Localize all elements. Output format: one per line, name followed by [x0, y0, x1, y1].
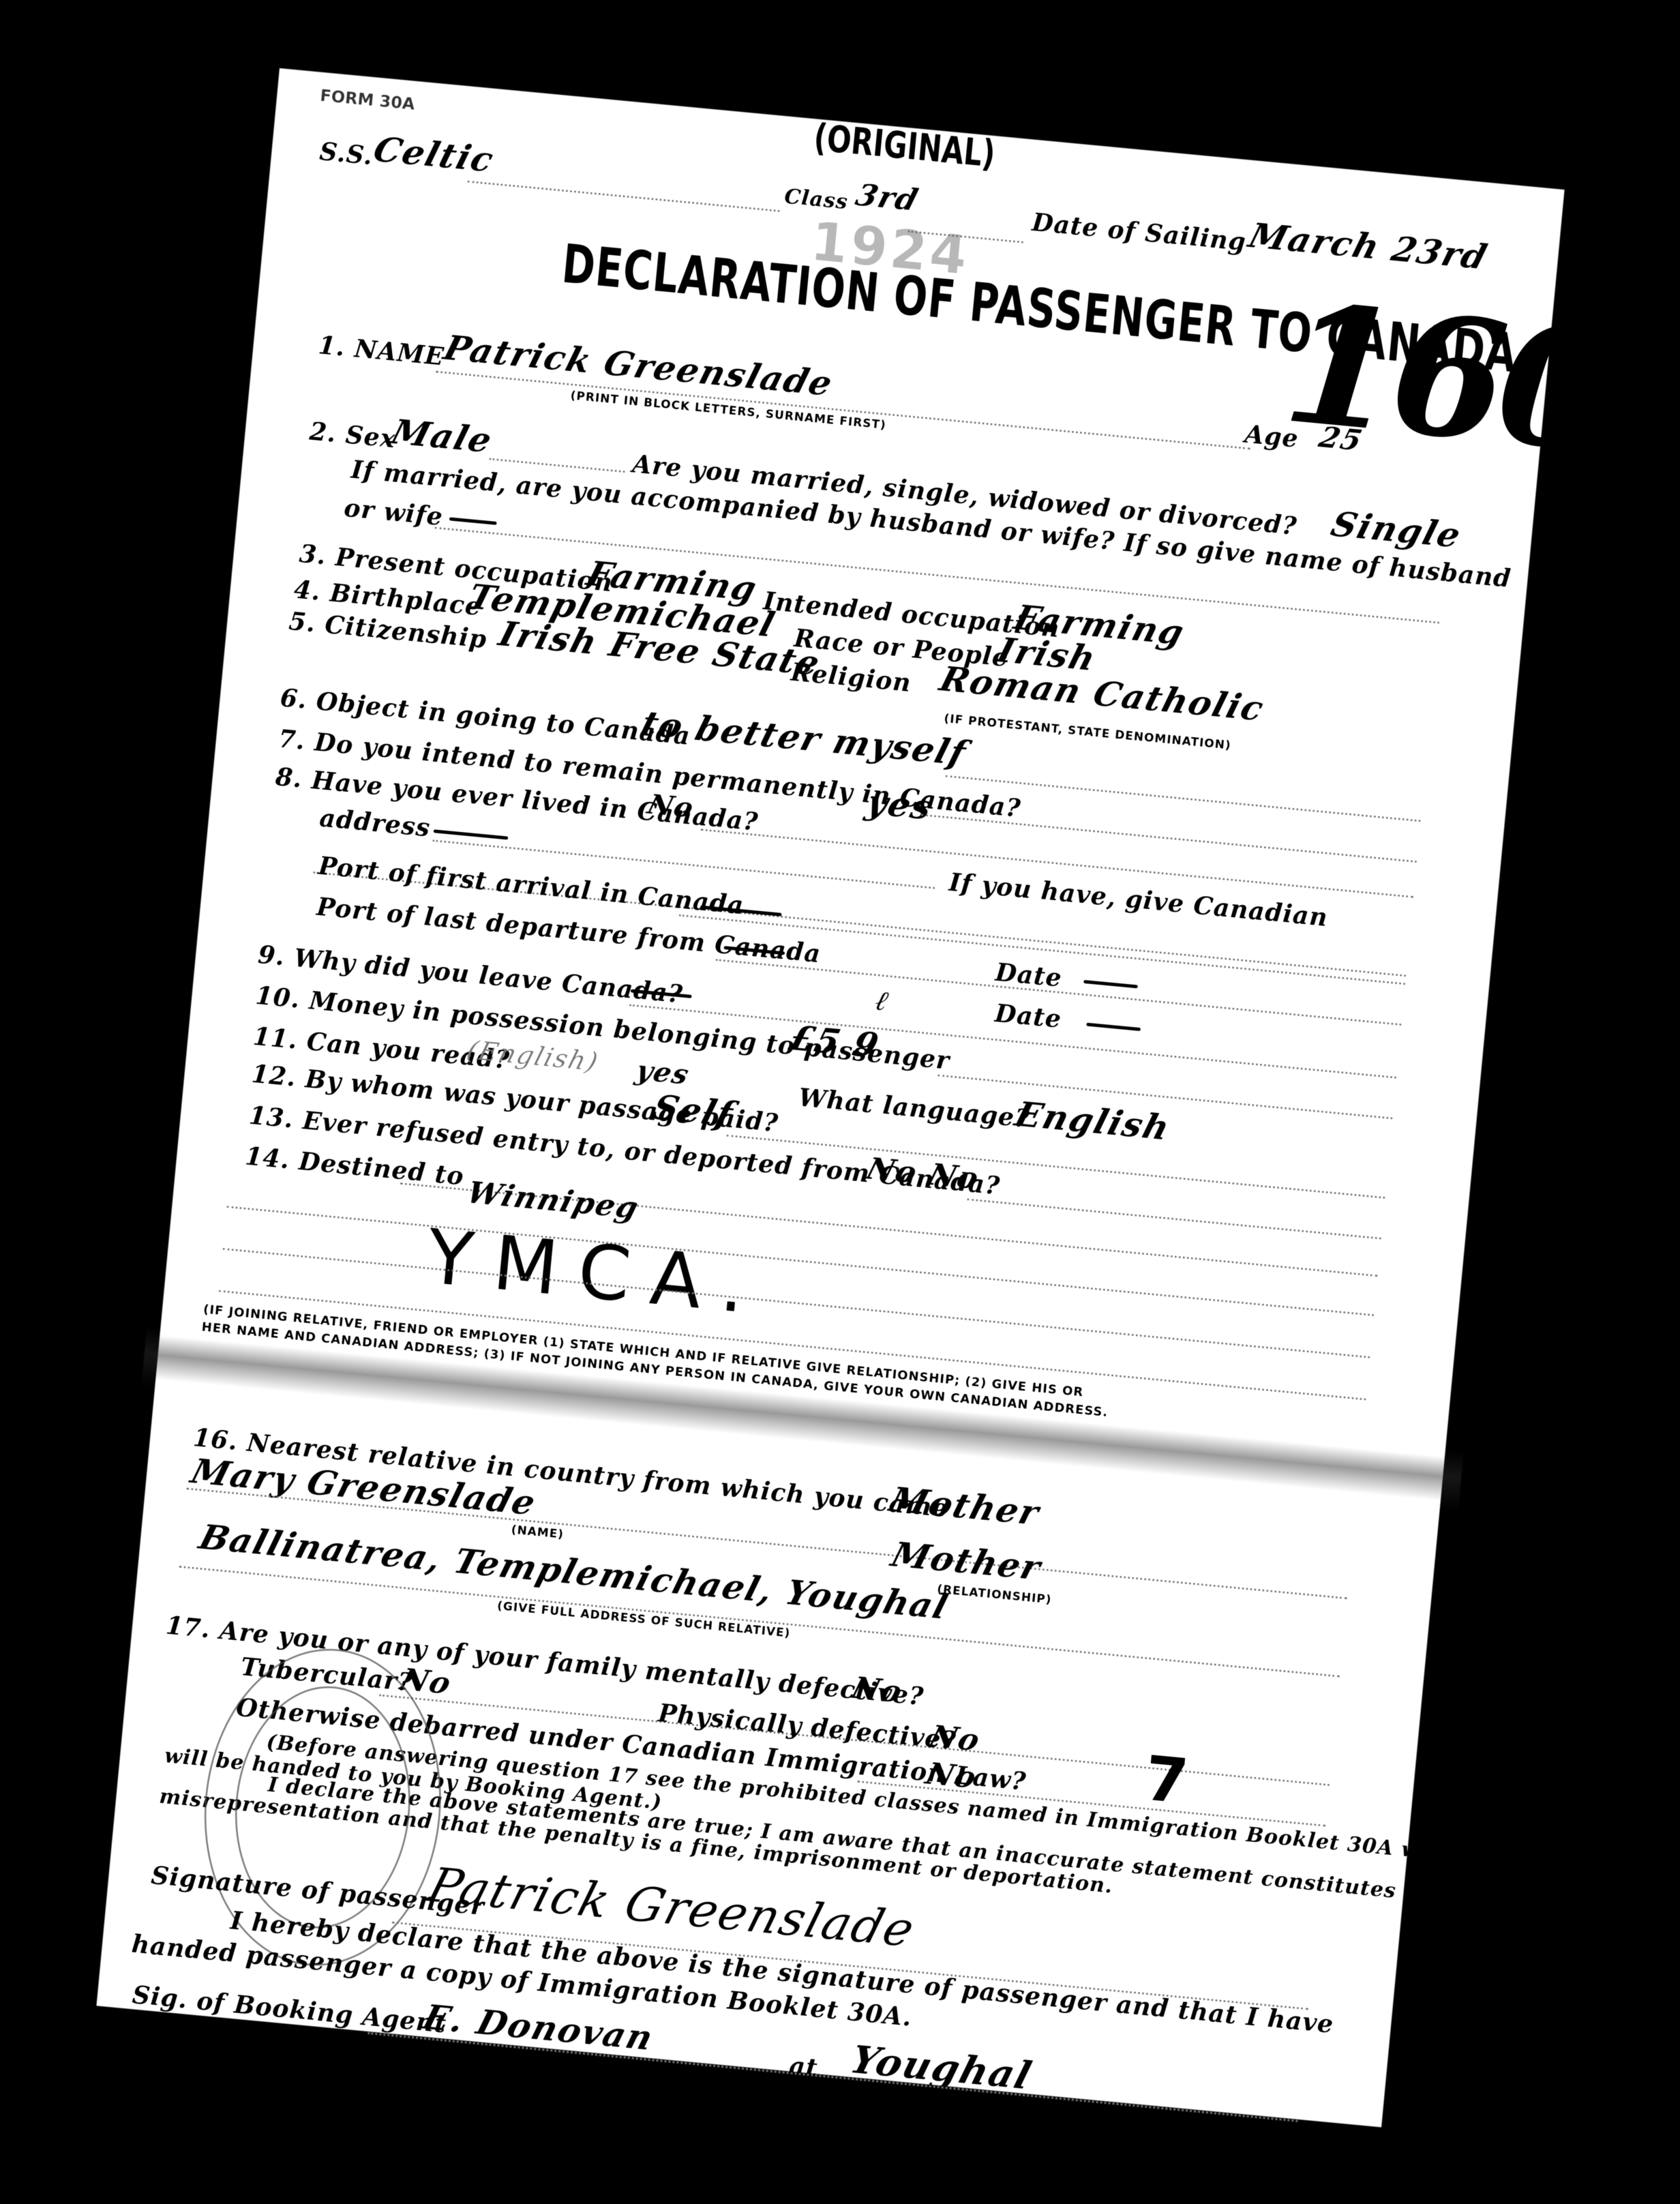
form-number: FORM 30A — [319, 86, 416, 114]
remain-value: yes — [862, 782, 938, 828]
date-of-sailing-label: Date of Sailing — [1031, 208, 1248, 256]
lived-value: No — [644, 788, 699, 824]
class-label: Class — [783, 185, 849, 215]
address-label: address — [318, 804, 432, 843]
religion-label: Religion — [790, 658, 912, 698]
mentally-defective-value: No — [847, 1671, 907, 1710]
q2-label: 2. Sex — [308, 417, 397, 454]
date-label-2: Date — [993, 999, 1063, 1034]
age-value: 25 — [1315, 421, 1366, 458]
refused-dotted-line — [967, 1198, 1381, 1239]
ship-dotted-line — [467, 181, 779, 212]
date-of-sailing-value: March 23rd — [1244, 215, 1492, 278]
passenger-declaration-form: FORM 30A (ORIGINAL) S.S. Celtic Class 3r… — [96, 68, 1564, 2127]
sex-value: Male — [387, 412, 498, 461]
language-label: What language? — [797, 1083, 1031, 1133]
q14-label: 14. Destined to — [244, 1142, 466, 1191]
relative-inline-value: Mother — [886, 1479, 1045, 1532]
q1-label: 1. NAME — [317, 331, 445, 371]
language-value: English — [1011, 1094, 1175, 1148]
file-number: 160 — [1277, 267, 1615, 488]
canadian-address-hint: If you have, give Canadian — [948, 868, 1329, 932]
ditto-mark: ℓ — [872, 985, 894, 1017]
or-wife-value — [449, 517, 497, 525]
remain-dotted-line — [921, 814, 1417, 863]
address-value — [433, 829, 508, 839]
money-value: £5 9 — [785, 1017, 884, 1065]
agent-location-value: Youghal — [845, 2038, 1037, 2099]
stamp-number: 7 — [1142, 1743, 1191, 1818]
age-label: Age — [1244, 420, 1300, 453]
at-label: at — [788, 2051, 820, 2083]
date-value-1 — [1083, 980, 1138, 989]
copy-label: (ORIGINAL) — [812, 115, 997, 176]
class-value: 3rd — [852, 178, 922, 218]
read-value: yes — [633, 1054, 694, 1090]
name-value: Patrick Greenslade — [440, 327, 838, 403]
date-value-2 — [1086, 1023, 1141, 1032]
ship-label: S.S. — [318, 137, 374, 170]
relationship-value: Mother — [887, 1534, 1046, 1588]
relative-name-hint: (NAME) — [511, 1523, 565, 1542]
name-dotted-line — [436, 371, 1250, 450]
agent-sig-label: Sig. of Booking Agent — [131, 1980, 448, 2038]
marital-value: Single — [1327, 504, 1466, 556]
ship-name: Celtic — [370, 129, 499, 179]
physically-defective-value: No — [925, 1719, 985, 1758]
agent-dotted-line — [367, 2032, 1297, 2122]
or-wife-label: or wife — [343, 494, 445, 532]
passage-paid-value: Self — [648, 1087, 738, 1134]
